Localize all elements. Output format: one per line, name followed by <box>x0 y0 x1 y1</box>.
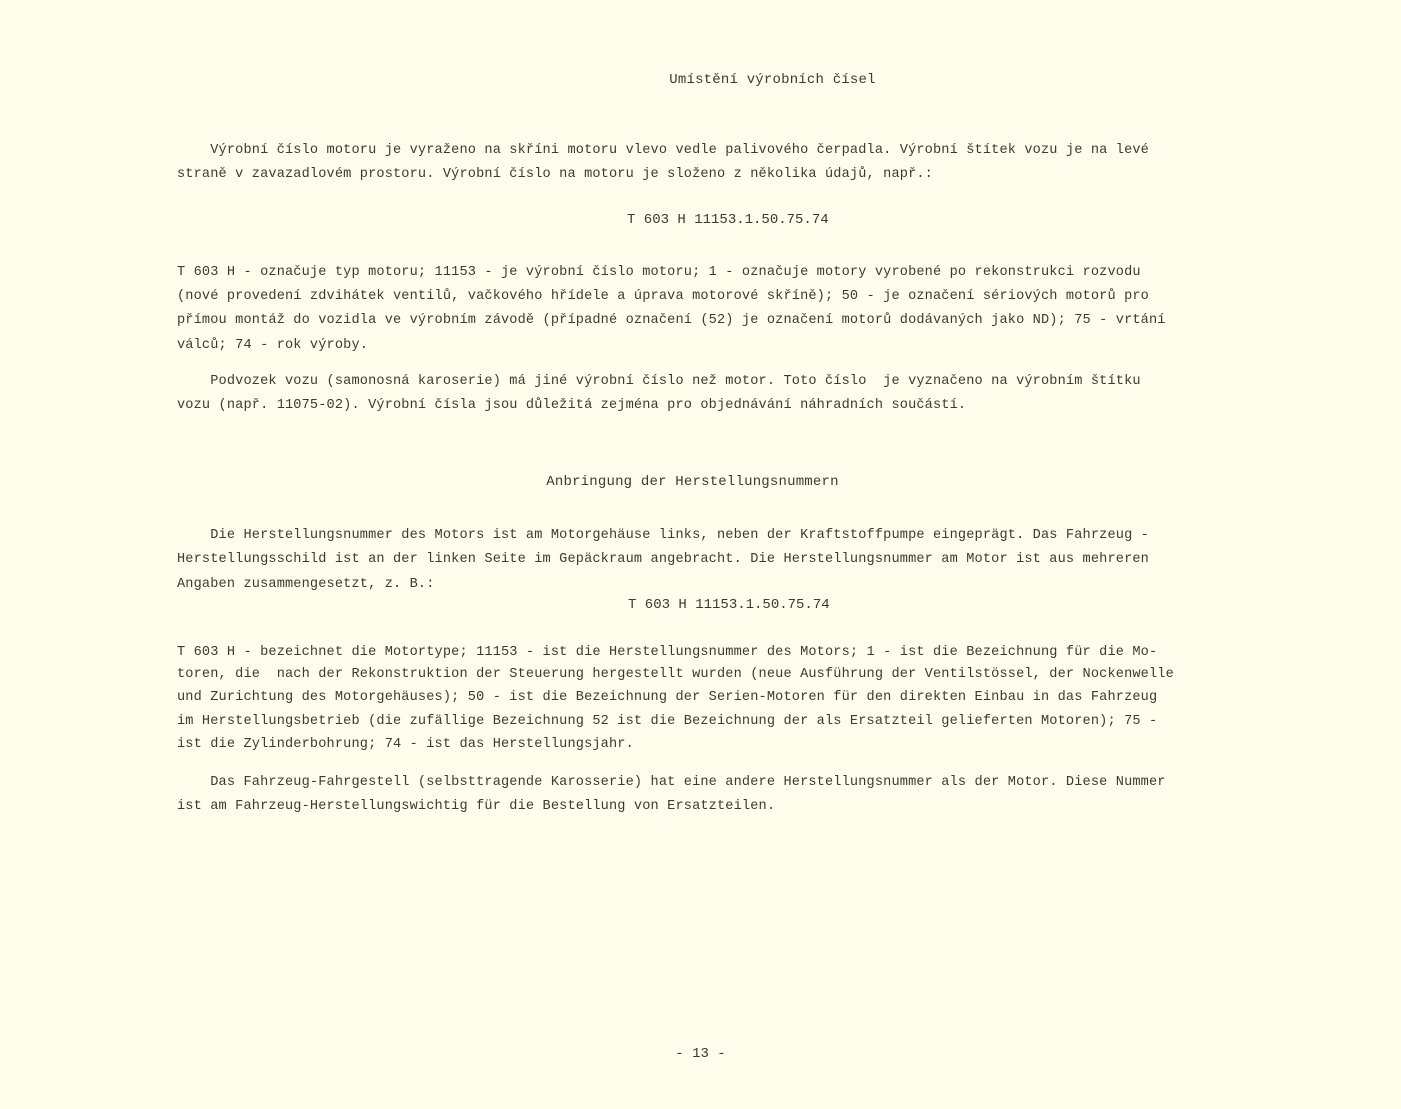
german-para3-line2: ist am Fahrzeug-Herstellungswichtig für … <box>177 799 775 815</box>
czech-para2-line3: přímou montáž do vozidla ve výrobním záv… <box>177 313 1166 329</box>
czech-para2-line2: (nové provedení zdvihátek ventilů, vačko… <box>177 289 1149 305</box>
czech-para3-line2: vozu (např. 11075-02). Výrobní čísla jso… <box>177 398 966 414</box>
czech-para3-line1: Podvozek vozu (samonosná karoserie) má j… <box>177 374 1141 390</box>
german-para1-line1: Die Herstellungsnummer des Motors ist am… <box>177 528 1149 544</box>
czech-para2-line4: válců; 74 - rok výroby. <box>177 338 368 354</box>
czech-para1-line2: straně v zavazadlovém prostoru. Výrobní … <box>177 167 933 183</box>
german-para3-line1: Das Fahrzeug-Fahrgestell (selbsttragende… <box>177 775 1166 791</box>
german-para2-line1: T 603 H - bezeichnet die Motortype; 1115… <box>177 645 1157 661</box>
german-para2-line2: toren, die nach der Rekonstruktion der S… <box>177 667 1174 683</box>
german-para1-line3: Angaben zusammengesetzt, z. B.: <box>177 577 435 593</box>
czech-para2-line1: T 603 H - označuje typ motoru; 11153 - j… <box>177 265 1141 281</box>
page-number: - 13 - <box>0 1046 1401 1062</box>
german-example-number: T 603 H 11153.1.50.75.74 <box>628 597 830 613</box>
german-section-title: Anbringung der Herstellungsnummern <box>0 474 1393 490</box>
czech-section-title: Umístění výrobních čísel <box>0 72 1401 88</box>
czech-para1-line1: Výrobní číslo motoru je vyraženo na skří… <box>177 143 1149 159</box>
document-page: Umístění výrobních čísel Výrobní číslo m… <box>0 0 1401 1109</box>
german-para2-line3: und Zurichtung des Motorgehäuses); 50 - … <box>177 690 1157 706</box>
german-para2-line4: im Herstellungsbetrieb (die zufällige Be… <box>177 714 1157 730</box>
czech-example-number: T 603 H 11153.1.50.75.74 <box>627 212 829 228</box>
german-para2-line5: ist die Zylinderbohrung; 74 - ist das He… <box>177 737 634 753</box>
german-para1-line2: Herstellungsschild ist an der linken Sei… <box>177 552 1149 568</box>
